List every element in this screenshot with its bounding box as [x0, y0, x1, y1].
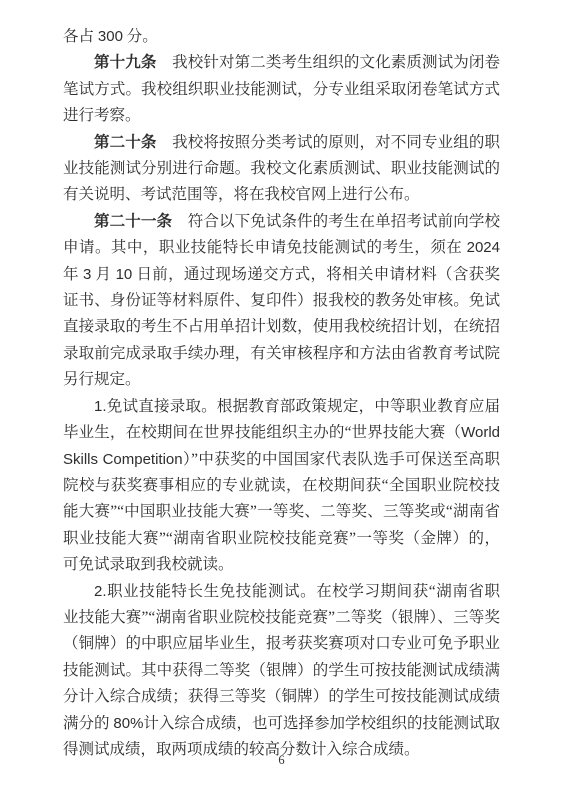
document-page: 各占 300 分。第十九条 我校针对第二类考生组织的文化素质测试为闭卷笔试方式。…: [0, 0, 563, 790]
text-run: 年: [63, 266, 83, 283]
text-run: 免试直接录取。根据教育部政策规定，中等职业教育应届毕业生，在校期间在世界技能组织…: [63, 398, 500, 441]
text-run: 月: [91, 266, 115, 283]
para-item-2-skill-test-exempt: 2.职业技能特长生免技能测试。在校学习期间获“湖南省职业技能大赛”“湖南省职业院…: [63, 579, 500, 764]
text-run: 职业技能特长生免技能测试。在校学习期间获“湖南省职业技能大赛”“湖南省职业院校技…: [63, 583, 500, 732]
latin-text-run: 80%: [113, 715, 143, 732]
article-heading-run: 第二十一条: [94, 213, 172, 230]
para-item-1-exempt-admission: 1.免试直接录取。根据教育部政策规定，中等职业教育应届毕业生，在校期间在世界技能…: [63, 394, 500, 579]
text-run: ）”中获奖的中国国家代表队选手可保送至高职院校与获奖赛事相应的专业就读，在校期间…: [63, 451, 500, 574]
text-run: 日前，通过现场递交方式，将相关申请材料（含获奖证书、身份证等材料原件、复印件）报…: [63, 266, 500, 389]
para-article-20: 第二十条 我校将按照分类考试的原则，对不同专业组的职业技能测试分别进行命题。我校…: [63, 130, 500, 209]
latin-text-run: 2.: [94, 583, 107, 600]
latin-text-run: 300: [98, 28, 123, 45]
document-body: 各占 300 分。第十九条 我校针对第二类考生组织的文化素质测试为闭卷笔试方式。…: [63, 24, 500, 763]
page-number: 6: [0, 753, 563, 768]
latin-text-run: 10: [116, 266, 133, 283]
article-heading-run: 第十九条: [94, 54, 156, 71]
para-article-21: 第二十一条 符合以下免试条件的考生在单招考试前向学校申请。其中，职业技能特长申请…: [63, 209, 500, 394]
text-run: 分。: [123, 28, 158, 45]
latin-text-run: 2024: [467, 239, 500, 256]
text-run: 各占: [63, 28, 98, 45]
para-continuation-score: 各占 300 分。: [63, 24, 500, 50]
para-article-19: 第十九条 我校针对第二类考生组织的文化素质测试为闭卷笔试方式。我校组织职业技能测…: [63, 50, 500, 129]
latin-text-run: 1.: [94, 398, 107, 415]
article-heading-run: 第二十条: [94, 134, 156, 151]
